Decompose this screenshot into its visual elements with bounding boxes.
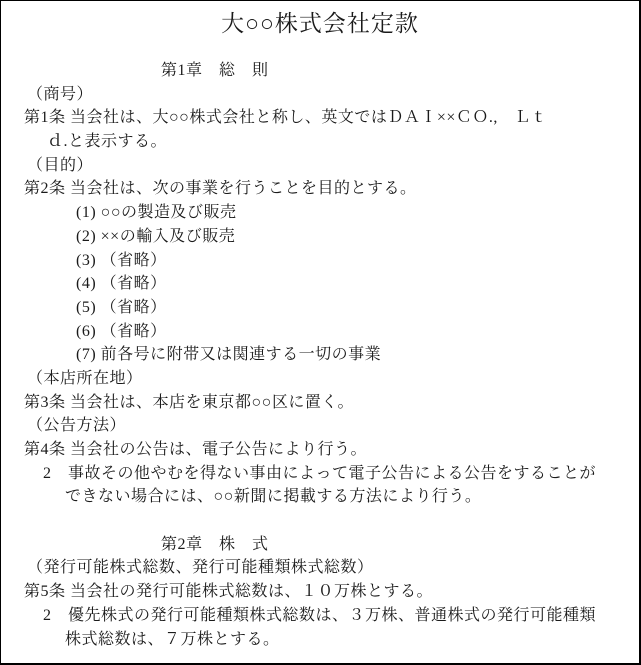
article-line: 第3条 当会社は、本店を東京都○○区に置く。 — [1, 391, 639, 415]
document-page: 大○○株式会社定款 第1章 総 則（商号）第1条 当会社は、大○○株式会社と称し… — [0, 0, 641, 665]
section-label: （目的） — [1, 154, 639, 178]
chapter-heading: 第1章 総 則 — [1, 59, 639, 83]
article-line: 第5条 当会社の発行可能株式総数は、１０万株とする。 — [1, 580, 639, 604]
enumerated-item-line: (6) （省略） — [1, 320, 639, 344]
document-body: 第1章 総 則（商号）第1条 当会社は、大○○株式会社と称し、英文ではＤＡＩ××… — [1, 59, 639, 651]
enumerated-item-line: (3) （省略） — [1, 249, 639, 273]
paragraph-2-line: 2 事故その他やむを得ない事由によって電子公告による公告をすることが — [1, 462, 639, 486]
article-line: 第4条 当会社の公告は、電子公告により行う。 — [1, 438, 639, 462]
section-label: （発行可能株式総数、発行可能種類株式総数） — [1, 556, 639, 580]
enumerated-item-line: (4) （省略） — [1, 272, 639, 296]
section-label: （公告方法） — [1, 414, 639, 438]
blank-line — [1, 509, 639, 533]
paragraph-continuation-line: できない場合には、○○新聞に掲載する方法により行う。 — [1, 485, 639, 509]
article-line: 第2条 当会社は、次の事業を行うことを目的とする。 — [1, 177, 639, 201]
section-label: （商号） — [1, 83, 639, 107]
paragraph-continuation-line: 株式総数は、７万株とする。 — [1, 628, 639, 652]
chapter-heading: 第2章 株 式 — [1, 533, 639, 557]
article-line: 第1条 当会社は、大○○株式会社と称し、英文ではＤＡＩ××ＣＯ., Ｌｔ — [1, 106, 639, 130]
section-label: （本店所在地） — [1, 367, 639, 391]
enumerated-item-line: (2) ××の輸入及び販売 — [1, 225, 639, 249]
paragraph-2-line: 2 優先株式の発行可能種類株式総数は、３万株、普通株式の発行可能種類 — [1, 604, 639, 628]
enumerated-item-line: (7) 前各号に附帯又は関連する一切の事業 — [1, 343, 639, 367]
article-continuation-line: ｄ.と表示する。 — [1, 130, 639, 154]
enumerated-item-line: (5) （省略） — [1, 296, 639, 320]
document-title: 大○○株式会社定款 — [1, 1, 639, 37]
enumerated-item-line: (1) ○○の製造及び販売 — [1, 201, 639, 225]
